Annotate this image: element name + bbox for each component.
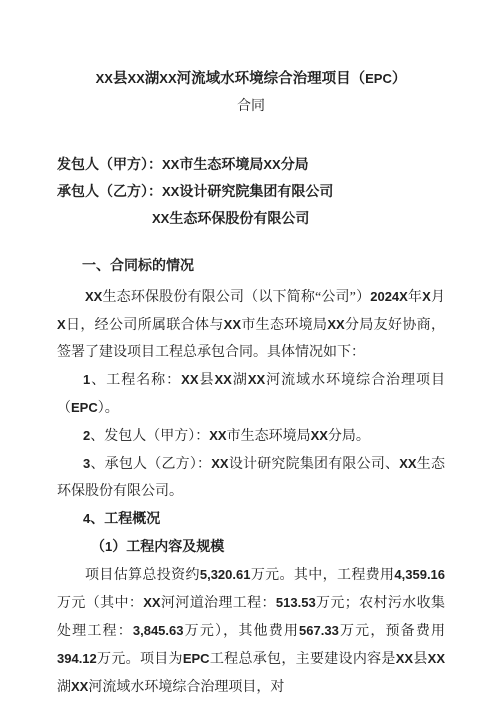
latin-text: XX bbox=[211, 456, 228, 471]
item-3-contractor: 3、承包人（乙方）：XX设计研究院集团有限公司、XX生态环保股份有限公司。 bbox=[57, 450, 445, 505]
latin-text: X bbox=[422, 289, 431, 304]
party-employer: 发包人（甲方）：XX市生态环境局XX分局 bbox=[57, 152, 445, 179]
latin-text: XX bbox=[71, 679, 88, 694]
document-body: XX县XX湖XX河流域水环境综合治理项目（EPC）合同发包人（甲方）：XX市生态… bbox=[57, 65, 445, 701]
latin-text: 394.12 bbox=[57, 651, 97, 666]
latin-text: 3,845.63 bbox=[133, 623, 184, 638]
item-2-employer: 2、发包人（甲方）：XX市生态环境局XX分局。 bbox=[57, 422, 445, 450]
latin-text: 5,320.61 bbox=[200, 567, 251, 582]
investment-paragraph: 项目估算总投资约5,320.61万元。其中，工程费用4,359.16万元（其中：… bbox=[57, 561, 445, 701]
latin-text: EPC bbox=[365, 71, 392, 86]
latin-text: 567.33 bbox=[299, 623, 339, 638]
latin-text: XX bbox=[152, 211, 169, 226]
section-1-intro: XX生态环保股份有限公司（以下简称“公司”）2024X年X月X日，经公司所属联合… bbox=[57, 283, 445, 366]
latin-text: 2024X bbox=[370, 289, 408, 304]
latin-text: 1 bbox=[105, 539, 112, 554]
item-4-project-overview: 4、工程概况 bbox=[57, 505, 445, 533]
latin-text: XX bbox=[127, 71, 144, 86]
latin-text: XX bbox=[162, 157, 179, 172]
latin-text: XX bbox=[143, 595, 160, 610]
party-contractor: 承包人（乙方）：XX设计研究院集团有限公司 bbox=[57, 179, 445, 206]
section-1-heading: 一、合同标的情况 bbox=[57, 253, 445, 280]
latin-text: XX bbox=[428, 651, 445, 666]
latin-text: XX bbox=[396, 651, 413, 666]
doc-title: XX县XX湖XX河流域水环境综合治理项目（EPC） bbox=[57, 65, 445, 93]
latin-text: XX bbox=[181, 372, 198, 387]
latin-text: XX bbox=[159, 71, 176, 86]
latin-text: EPC bbox=[71, 400, 98, 415]
latin-text: XX bbox=[214, 372, 231, 387]
latin-text: XX bbox=[311, 428, 328, 443]
latin-text: XX bbox=[263, 157, 280, 172]
latin-text: 4 bbox=[83, 511, 90, 526]
latin-text: 2 bbox=[83, 428, 90, 443]
latin-text: XX bbox=[399, 456, 416, 471]
latin-text: 513.53 bbox=[276, 595, 316, 610]
latin-text: XX bbox=[248, 372, 265, 387]
doc-subtitle: 合同 bbox=[57, 93, 445, 120]
latin-text: X bbox=[57, 317, 66, 332]
document-page: XX县XX湖XX河流域水环境综合治理项目（EPC）合同发包人（甲方）：XX市生态… bbox=[0, 0, 500, 707]
item-1-project-name: 1、工程名称：XX县XX湖XX河流域水环境综合治理项目（EPC）。 bbox=[57, 366, 445, 422]
latin-text: XX bbox=[209, 428, 226, 443]
sub-heading-scope: （1）工程内容及规模 bbox=[57, 533, 445, 561]
latin-text: XX bbox=[85, 289, 102, 304]
latin-text: EPC bbox=[183, 651, 210, 666]
latin-text: XX bbox=[327, 317, 344, 332]
latin-text: XX bbox=[162, 184, 179, 199]
latin-text: 3 bbox=[83, 456, 90, 471]
party-contractor-2: XX生态环保股份有限公司 bbox=[57, 206, 445, 233]
latin-text: XX bbox=[96, 71, 113, 86]
latin-text: 1 bbox=[83, 372, 90, 387]
latin-text: 4,359.16 bbox=[394, 567, 445, 582]
latin-text: XX bbox=[224, 317, 241, 332]
